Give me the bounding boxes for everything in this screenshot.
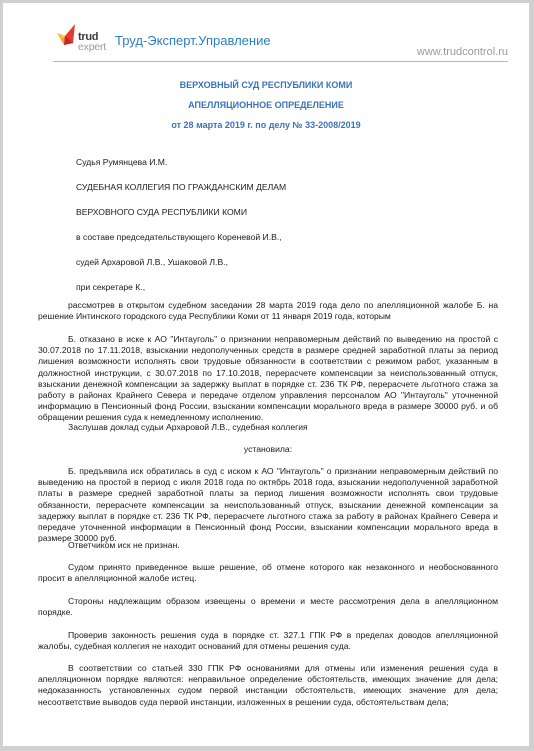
intro-secretary: при секретаре К., — [76, 282, 529, 293]
document-page: trud expert Труд-Эксперт.Управление www.… — [3, 3, 529, 746]
paragraph-claim: Б. предъявила иск обратилась в суд с иск… — [38, 466, 498, 544]
paragraph-considered: рассмотрев в открытом судебном заседании… — [38, 300, 498, 322]
logo-word-expert: expert — [78, 42, 106, 53]
court-name: ВЕРХОВНЫЙ СУД РЕСПУБЛИКИ КОМИ — [3, 80, 529, 90]
trudexpert-logo-icon — [56, 23, 80, 49]
brand-logo[interactable]: trud expert — [56, 23, 114, 59]
site-url-link[interactable]: www.trudcontrol.ru — [417, 46, 508, 58]
paragraph-art330: В соответствии со статьей 330 ГПК РФ осн… — [38, 663, 498, 708]
paragraph-defendant: Ответчиком иск не признан. — [38, 540, 498, 551]
intro-college: СУДЕБНАЯ КОЛЛЕГИЯ ПО ГРАЖДАНСКИМ ДЕЛАМ — [76, 182, 529, 193]
paragraph-checked: Проверив законность решения суда в поряд… — [38, 630, 498, 652]
intro-court: ВЕРХОВНОГО СУДА РЕСПУБЛИКИ КОМИ — [76, 207, 529, 218]
page-header: trud expert Труд-Эксперт.Управление www.… — [53, 13, 508, 62]
paragraph-refused: Б. отказано в иске к АО "Интауголь" о пр… — [38, 334, 498, 424]
document-date-case: от 28 марта 2019 г. по делу № 33-2008/20… — [3, 120, 529, 130]
brand-title[interactable]: Труд-Эксперт.Управление — [115, 33, 271, 48]
paragraph-decision: Судом принято приведенное выше решение, … — [38, 562, 498, 584]
document-type: АПЕЛЛЯЦИОННОЕ ОПРЕДЕЛЕНИЕ — [3, 100, 529, 110]
intro-chair: в составе председательствующего Коренево… — [76, 232, 529, 243]
intro-judges: судей Архаровой Л.В., Ушаковой Л.В., — [76, 257, 529, 268]
paragraph-notified: Стороны надлежащим образом извещены о вр… — [38, 596, 498, 618]
intro-judge: Судья Румянцева И.М. — [76, 157, 529, 168]
resolved-label: установила: — [38, 444, 498, 455]
paragraph-report: Заслушав доклад судьи Архаровой Л.В., су… — [38, 422, 498, 433]
